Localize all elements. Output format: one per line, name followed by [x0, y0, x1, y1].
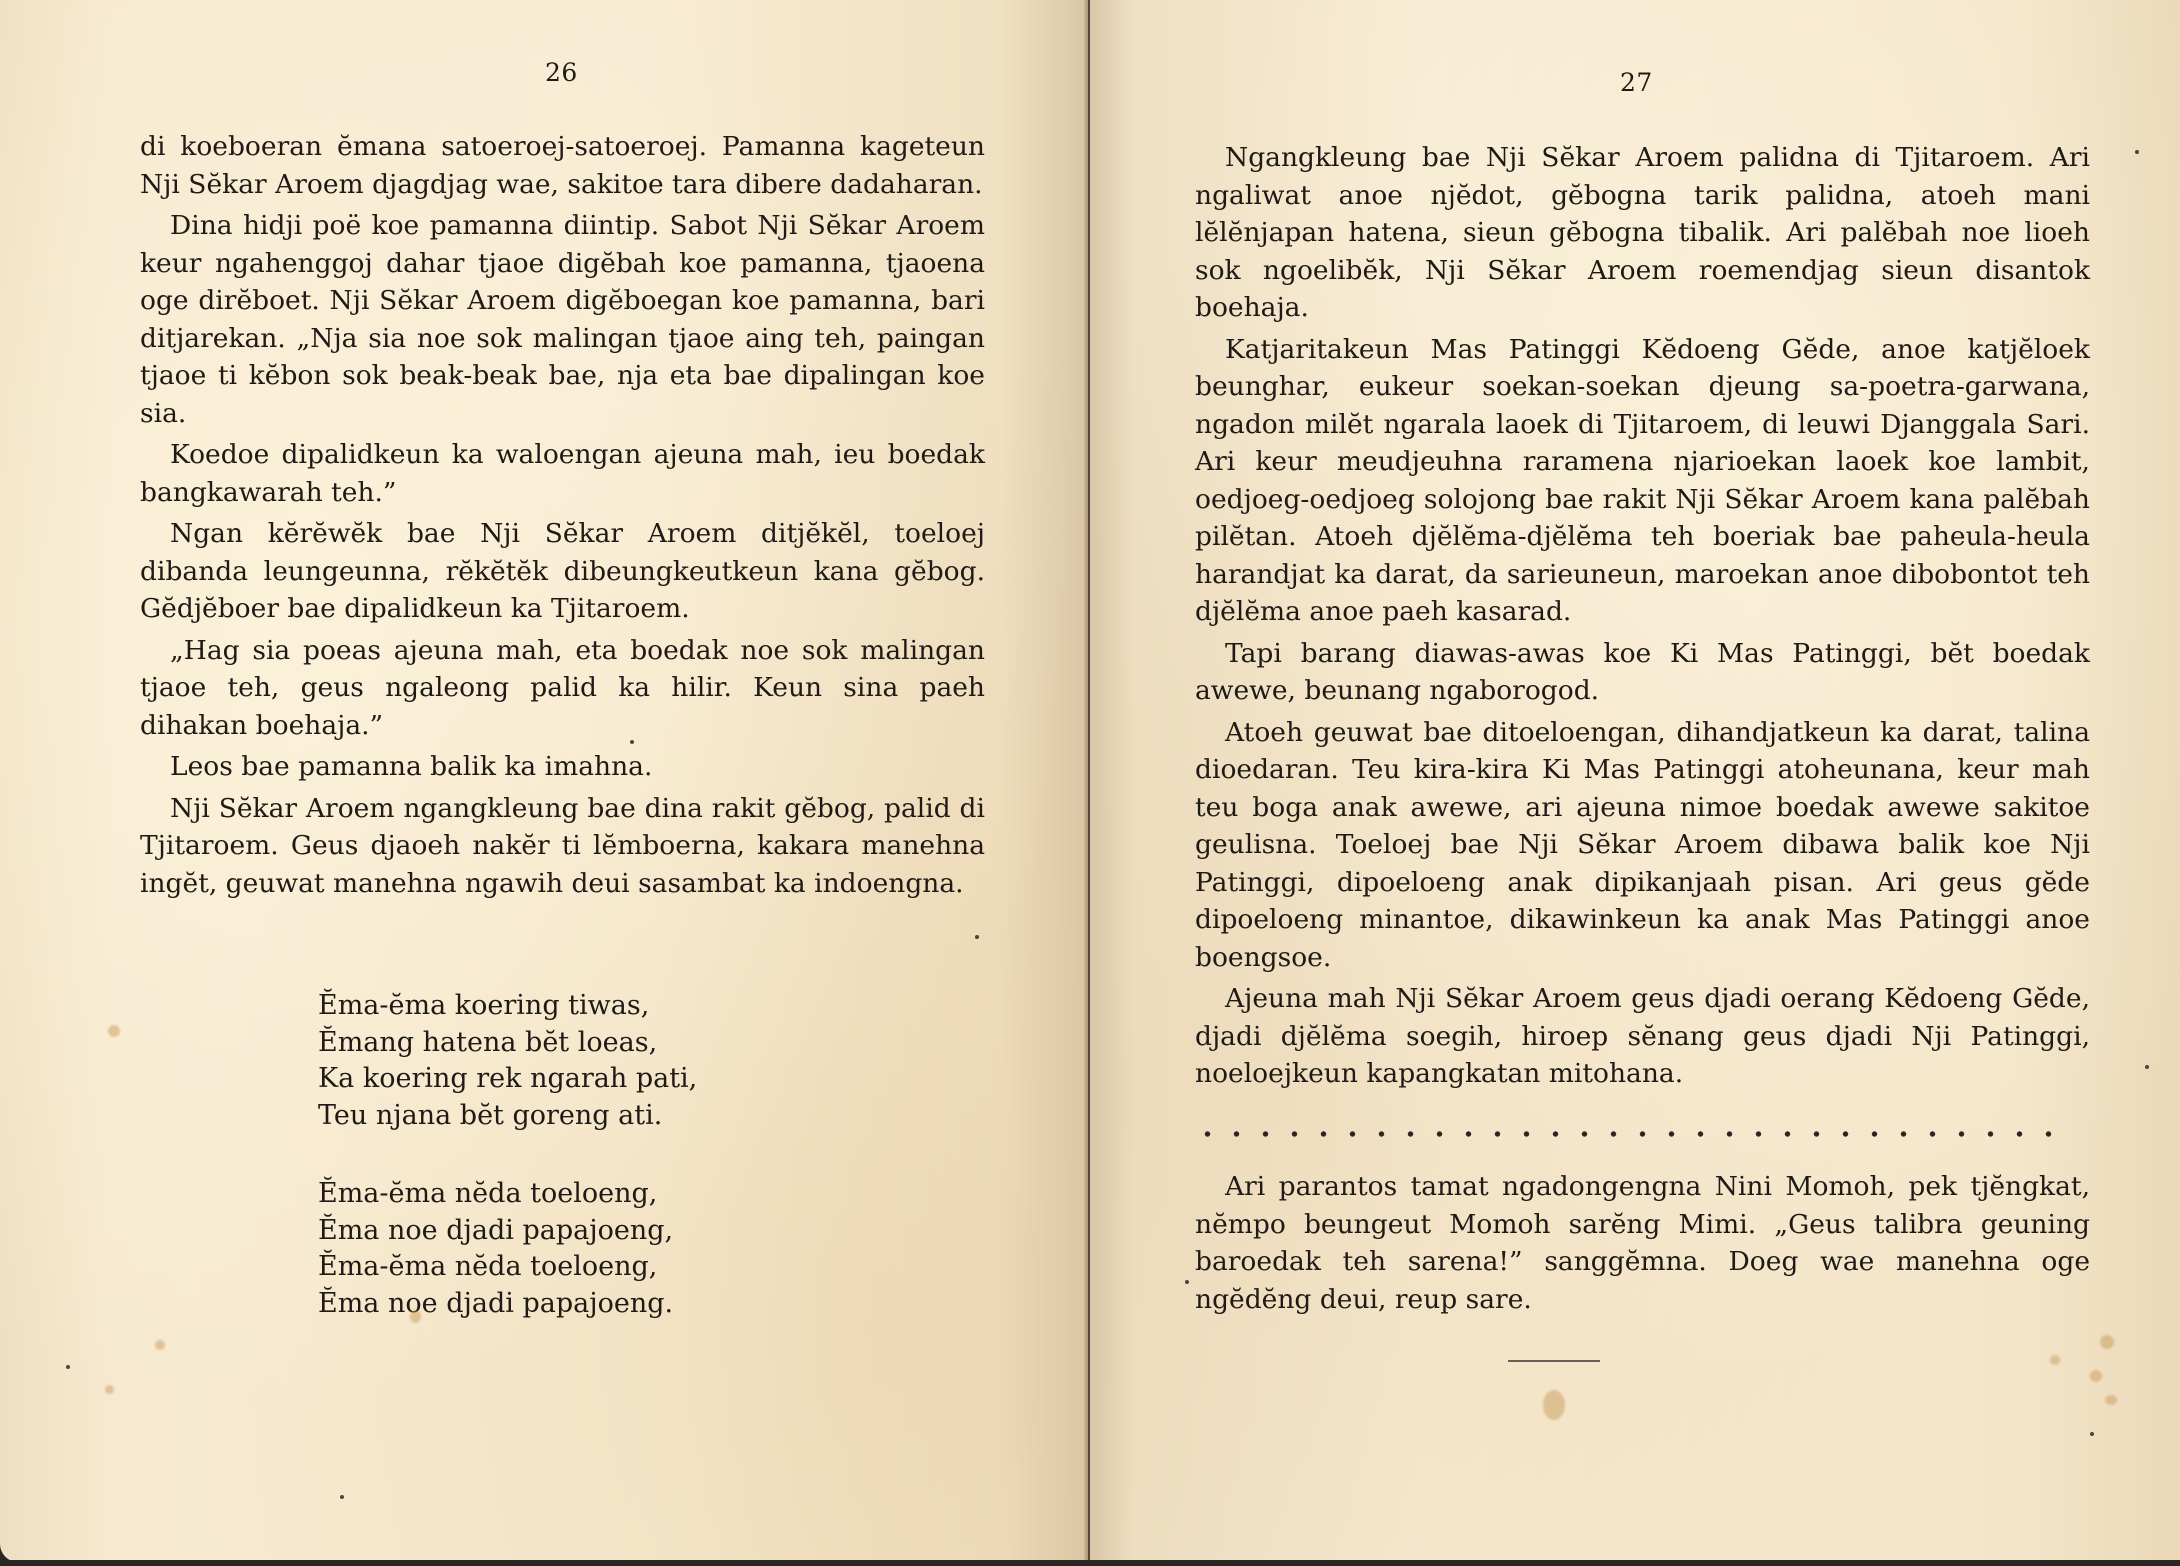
paragraph: Nji Sĕkar Aroem ngangkleung bae dina rak…	[140, 790, 985, 903]
paragraph: Katjaritakeun Mas Patinggi Kĕdoeng Gĕde,…	[1195, 331, 2090, 631]
poem-line: Ĕma-ĕma koering tiwas,	[318, 988, 697, 1025]
speck	[66, 1365, 70, 1369]
paragraph: Atoeh geuwat bae ditoeloengan, dihandjat…	[1195, 714, 2090, 977]
speck	[340, 1495, 344, 1499]
page-number: 27	[1620, 68, 1653, 97]
foxing-stain	[410, 1310, 421, 1323]
poem-line: Ĕma-ĕma nĕda toeloeng,	[318, 1249, 673, 1286]
foxing-stain	[155, 1340, 165, 1350]
poem-line: Ka koering rek ngarah pati,	[318, 1061, 697, 1098]
end-rule	[1508, 1360, 1600, 1362]
dotted-separator	[1193, 1127, 2071, 1141]
foxing-stain	[108, 1025, 120, 1037]
speck	[630, 740, 634, 744]
book-spread: 26 di koeboeran ĕmana satoeroej-satoeroe…	[0, 0, 2180, 1566]
paragraph: Koedoe dipalidkeun ka waloengan ajeuna m…	[140, 436, 985, 511]
paragraph: Dina hidji poë koe pamanna diintip. Sabo…	[140, 207, 985, 432]
paragraph: Ajeuna mah Nji Sĕkar Aroem geus djadi oe…	[1195, 980, 2090, 1093]
paragraph: Tapi barang diawas-awas koe Ki Mas Patin…	[1195, 635, 2090, 710]
poem-stanza: Ĕma-ĕma koering tiwas, Ĕmang hatena bĕt …	[318, 988, 697, 1134]
poem-line: Teu njana bĕt goreng ati.	[318, 1098, 697, 1135]
paragraph: Ngan kĕrĕwĕk bae Nji Sĕkar Aroem ditjĕkĕ…	[140, 515, 985, 628]
right-page: 27 Ngangkleung bae Nji Sĕkar Aroem palid…	[1090, 0, 2180, 1562]
page-number: 26	[545, 58, 578, 87]
foxing-stain	[1543, 1390, 1565, 1420]
foxing-stain	[2100, 1335, 2114, 1349]
speck	[2135, 150, 2139, 154]
poem-line: Ĕmang hatena bĕt loeas,	[318, 1025, 697, 1062]
left-page: 26 di koeboeran ĕmana satoeroej-satoeroe…	[0, 0, 1088, 1562]
foxing-stain	[2050, 1355, 2060, 1365]
closing-paragraph: Ari parantos tamat ngadongengna Nini Mom…	[1195, 1168, 2090, 1318]
page-bottom-edge	[0, 1560, 2180, 1566]
paragraph: Leos bae pamanna balik ka imahna.	[140, 748, 985, 786]
speck	[975, 935, 979, 939]
left-page-body: di koeboeran ĕmana satoeroej-satoeroej. …	[140, 128, 985, 902]
foxing-stain	[2090, 1370, 2102, 1382]
paragraph: „Hag sia poeas ajeuna mah, eta boedak no…	[140, 632, 985, 745]
foxing-stain	[2105, 1395, 2117, 1405]
foxing-stain	[105, 1385, 114, 1394]
speck	[2090, 1432, 2094, 1436]
poem-line: Ĕma noe djadi papajoeng,	[318, 1213, 673, 1250]
paragraph: Ngangkleung bae Nji Sĕkar Aroem palidna …	[1195, 139, 2090, 327]
right-page-body: Ngangkleung bae Nji Sĕkar Aroem palidna …	[1195, 139, 2090, 1093]
paragraph: di koeboeran ĕmana satoeroej-satoeroej. …	[140, 128, 985, 203]
speck	[2145, 1065, 2149, 1069]
closing-paragraph-block: Ari parantos tamat ngadongengna Nini Mom…	[1195, 1168, 2090, 1318]
poem-line: Ĕma-ĕma nĕda toeloeng,	[318, 1176, 673, 1213]
poem-line: Ĕma noe djadi papajoeng.	[318, 1286, 673, 1323]
poem-stanza: Ĕma-ĕma nĕda toeloeng, Ĕma noe djadi pap…	[318, 1176, 673, 1322]
speck	[1185, 1280, 1189, 1284]
